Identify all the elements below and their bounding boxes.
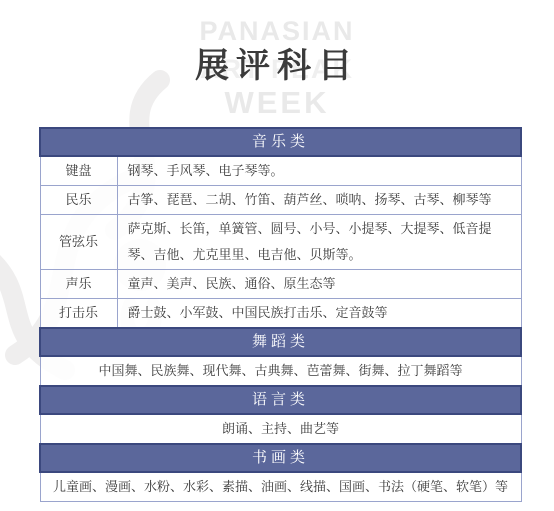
content-cell: 中国舞、民族舞、现代舞、古典舞、芭蕾舞、街舞、拉丁舞蹈等: [40, 356, 521, 386]
category-cell: 键盘: [40, 156, 117, 186]
content-cell: 古筝、琵琶、二胡、竹笛、葫芦丝、唢呐、扬琴、古琴、柳琴等: [117, 186, 521, 215]
category-cell: 民乐: [40, 186, 117, 215]
section-header-label: 音乐类: [40, 128, 521, 156]
content-cell: 萨克斯、长笛，单簧管、圆号、小号、小提琴、大提琴、低音提琴、吉他、尤克里里、电吉…: [117, 215, 521, 270]
category-cell: 声乐: [40, 270, 117, 299]
table-row: 民乐 古筝、琵琶、二胡、竹笛、葫芦丝、唢呐、扬琴、古琴、柳琴等: [40, 186, 521, 215]
section-header-label: 舞蹈类: [40, 328, 521, 356]
subjects-table: 音乐类 键盘 钢琴、手风琴、电子琴等。 民乐 古筝、琵琶、二胡、竹笛、葫芦丝、唢…: [39, 127, 522, 502]
content-cell: 爵士鼓、小军鼓、中国民族打击乐、定音鼓等: [117, 299, 521, 329]
table-row: 朗诵、主持、曲艺等: [40, 414, 521, 444]
content-cell: 儿童画、漫画、水粉、水彩、素描、油画、线描、国画、书法（硬笔、软笔）等: [40, 472, 521, 502]
section-header-dance: 舞蹈类: [40, 328, 521, 356]
category-cell: 打击乐: [40, 299, 117, 329]
table-row: 打击乐 爵士鼓、小军鼓、中国民族打击乐、定音鼓等: [40, 299, 521, 329]
watermark-text-week: WEEK: [0, 85, 554, 121]
section-header-label: 语言类: [40, 386, 521, 414]
page: PANASIAN ART PEAK WEEK 展评科目 音乐类 键盘 钢琴、手风…: [0, 0, 554, 511]
table-row: 中国舞、民族舞、现代舞、古典舞、芭蕾舞、街舞、拉丁舞蹈等: [40, 356, 521, 386]
table-row: 儿童画、漫画、水粉、水彩、素描、油画、线描、国画、书法（硬笔、软笔）等: [40, 472, 521, 502]
table-row: 管弦乐 萨克斯、长笛，单簧管、圆号、小号、小提琴、大提琴、低音提琴、吉他、尤克里…: [40, 215, 521, 270]
table-row: 声乐 童声、美声、民族、通俗、原生态等: [40, 270, 521, 299]
page-title: 展评科目: [0, 38, 554, 87]
content-cell: 钢琴、手风琴、电子琴等。: [117, 156, 521, 186]
section-header-art: 书画类: [40, 444, 521, 472]
section-header-label: 书画类: [40, 444, 521, 472]
table-row: 键盘 钢琴、手风琴、电子琴等。: [40, 156, 521, 186]
content-cell: 朗诵、主持、曲艺等: [40, 414, 521, 444]
content-cell: 童声、美声、民族、通俗、原生态等: [117, 270, 521, 299]
section-header-language: 语言类: [40, 386, 521, 414]
category-cell: 管弦乐: [40, 215, 117, 270]
section-header-music: 音乐类: [40, 128, 521, 156]
